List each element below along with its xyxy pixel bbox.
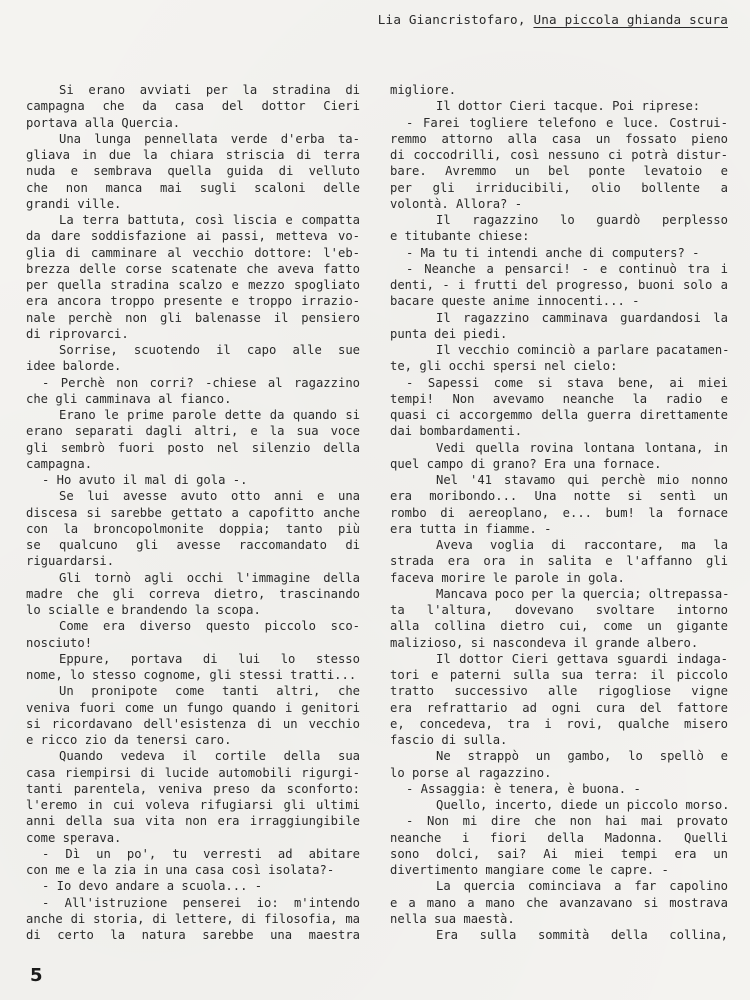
- text-line: l'eremo in cui voleva rifugiarsi gli ult…: [26, 797, 360, 813]
- text-line: strada era ora in salita e l'affanno gli: [390, 553, 728, 569]
- text-line: se qualcuno gli avesse raccomandato di: [26, 537, 360, 553]
- text-line: Il ragazzino lo guardò perplesso: [390, 212, 728, 228]
- text-line: idee balorde.: [26, 358, 360, 374]
- text-line: - Io devo andare a scuola... -: [26, 878, 360, 894]
- text-line: - Sapessi come si stava bene, ai miei: [390, 375, 728, 391]
- text-line: lo scialle e brandendo la scopa.: [26, 602, 360, 618]
- text-line: rombo di aereoplano, e... bum! la fornac…: [390, 505, 728, 521]
- text-line: Quando vedeva il cortile della sua: [26, 748, 360, 764]
- text-line: portava alla Quercia.: [26, 115, 360, 131]
- text-line: quasi ci accorgemmo della guerra diretta…: [390, 407, 728, 423]
- text-line: veniva fuori come un fungo quando i geni…: [26, 700, 360, 716]
- text-line: Il vecchio cominciò a parlare pacatamen-: [390, 342, 728, 358]
- text-line: Sorrise, scuotendo il capo alle sue: [26, 342, 360, 358]
- text-line: Erano le prime parole dette da quando si: [26, 407, 360, 423]
- text-line: La quercia cominciava a far capolino: [390, 878, 728, 894]
- text-line: era refrattario ad ogni cura del fattore: [390, 700, 728, 716]
- text-line: per quella stradina scalzo e mezzo spogl…: [26, 277, 360, 293]
- text-line: discesa si sarebbe gettato a capofitto a…: [26, 505, 360, 521]
- text-line: - Farei togliere telefono e luce. Costru…: [390, 115, 728, 131]
- page-number: 5: [30, 965, 43, 986]
- text-line: Quello, incerto, diede un piccolo morso.: [390, 797, 728, 813]
- text-line: anni della sua vita non era irraggiungib…: [26, 813, 360, 829]
- text-line: Un pronipote come tanti altri, che: [26, 683, 360, 699]
- author-name: Lia Giancristofaro,: [378, 12, 526, 27]
- text-line: e, concedeva, tra i rovi, qualche misero: [390, 716, 728, 732]
- text-line: e ricco zio da tenersi caro.: [26, 732, 360, 748]
- text-line: da dare soddisfazione ai passi, metteva …: [26, 228, 360, 244]
- text-line: Se lui avesse avuto otto anni e una: [26, 488, 360, 504]
- text-line: Il dottor Cieri gettava sguardi indaga-: [390, 651, 728, 667]
- text-line: lo porse al ragazzino.: [390, 765, 728, 781]
- text-line: era moribondo... Una notte si sentì un: [390, 488, 728, 504]
- running-header: Lia Giancristofaro, Una piccola ghianda …: [378, 12, 728, 27]
- text-line: grandi ville.: [26, 196, 360, 212]
- text-line: Come era diverso questo piccolo sco-: [26, 618, 360, 634]
- text-line: Gli tornò agli occhi l'immagine della: [26, 570, 360, 586]
- text-line: con la broncopolmonite doppia; tanto più: [26, 521, 360, 537]
- text-line: e a mano a mano che avanzavano si mostra…: [390, 895, 728, 911]
- text-line: era tutta in fiamme. -: [390, 521, 728, 537]
- text-line: volontà. Allora? -: [390, 196, 728, 212]
- text-line: La terra battuta, così liscia e compatta: [26, 212, 360, 228]
- text-line: - Neanche a pensarci! - e continuò tra i: [390, 261, 728, 277]
- text-line: remmo attorno alla casa un fossato pieno: [390, 131, 728, 147]
- text-line: - Non mi dire che non hai mai provato: [390, 813, 728, 829]
- text-line: dai bombardamenti.: [390, 423, 728, 439]
- text-line: di certo la natura sarebbe una maestra: [26, 927, 360, 943]
- document-page: Lia Giancristofaro, Una piccola ghianda …: [0, 0, 750, 1000]
- text-line: casa riempirsi di lucide automobili rigu…: [26, 765, 360, 781]
- text-line: alla collina dietro cui, come un gigante: [390, 618, 728, 634]
- text-line: Ne strappò un gambo, lo spellò e: [390, 748, 728, 764]
- text-line: nosciuto!: [26, 635, 360, 651]
- text-line: e titubante chiese:: [390, 228, 728, 244]
- text-line: tratto successivo alle rigogliose vigne: [390, 683, 728, 699]
- text-line: denti, - i frutti del progresso, buoni s…: [390, 277, 728, 293]
- text-line: nale perchè non gli balenasse il pensier…: [26, 310, 360, 326]
- text-line: per gli irriducibili, olio bollente a: [390, 180, 728, 196]
- text-line: bare. Avremmo un bel ponte levatoio e: [390, 163, 728, 179]
- text-line: punta dei piedi.: [390, 326, 728, 342]
- text-line: gliava in due la chiara striscia di terr…: [26, 147, 360, 163]
- text-line: come sperava.: [26, 830, 360, 846]
- text-line: campagna.: [26, 456, 360, 472]
- text-line: te, gli occhi spersi nel cielo:: [390, 358, 728, 374]
- story-title: Una piccola ghianda scura: [533, 12, 728, 27]
- text-line: - Dì un po', tu verresti ad abitare: [26, 846, 360, 862]
- text-line: era ancora troppo presente e troppo irra…: [26, 293, 360, 309]
- text-line: tempi! Non avevamo neanche la radio e: [390, 391, 728, 407]
- text-line: - Ma tu ti intendi anche di computers? -: [390, 245, 728, 261]
- text-line: faceva morire le parole in gola.: [390, 570, 728, 586]
- text-line: migliore.: [390, 82, 728, 98]
- text-line: tanti parentela, veniva preso da sconfor…: [26, 781, 360, 797]
- text-line: glia di camminare al vecchio dottore: l'…: [26, 245, 360, 261]
- text-line: Una lunga pennellata verde d'erba ta-: [26, 131, 360, 147]
- text-line: Vedi quella rovina lontana lontana, in: [390, 440, 728, 456]
- text-line: - Assaggia: è tenera, è buona. -: [390, 781, 728, 797]
- text-line: Era sulla sommità della collina,: [390, 927, 728, 943]
- right-text-column: migliore.Il dottor Cieri tacque. Poi rip…: [390, 82, 728, 943]
- text-line: madre che gli correva dietro, trascinand…: [26, 586, 360, 602]
- text-line: - Perchè non corri? -chiese al ragazzino: [26, 375, 360, 391]
- text-line: erano separati dagli altri, e la sua voc…: [26, 423, 360, 439]
- text-line: gli sembrò fuori posto nel silenzio dell…: [26, 440, 360, 456]
- text-line: ta l'altura, dovevano svoltare intorno: [390, 602, 728, 618]
- text-line: di coccodrilli, così nessuno ci potrà di…: [390, 147, 728, 163]
- text-line: quel campo di grano? Era una fornace.: [390, 456, 728, 472]
- text-line: nuda e sembrava quella guida di velluto: [26, 163, 360, 179]
- text-line: Il ragazzino camminava guardandosi la: [390, 310, 728, 326]
- text-line: tori e paterni sulla sua terra: il picco…: [390, 667, 728, 683]
- text-line: Il dottor Cieri tacque. Poi riprese:: [390, 98, 728, 114]
- text-line: neanche i fiori della Madonna. Quelli: [390, 830, 728, 846]
- text-line: di riprovarci.: [26, 326, 360, 342]
- text-line: Mancava poco per la quercia; oltrepassa-: [390, 586, 728, 602]
- text-line: sono dolci, sai? Ai miei tempi era un: [390, 846, 728, 862]
- text-line: fascio di sulla.: [390, 732, 728, 748]
- text-line: riguardarsi.: [26, 553, 360, 569]
- text-line: nome, lo stesso cognome, gli stessi trat…: [26, 667, 360, 683]
- text-line: Aveva voglia di raccontare, ma la: [390, 537, 728, 553]
- text-line: si ricordavano dell'esistenza di un vecc…: [26, 716, 360, 732]
- text-line: Si erano avviati per la stradina di: [26, 82, 360, 98]
- text-line: divertimento mangiare come le capre. -: [390, 862, 728, 878]
- text-line: anche di storia, di lettere, di filosofi…: [26, 911, 360, 927]
- text-line: Eppure, portava di lui lo stesso: [26, 651, 360, 667]
- text-line: che gli camminava al fianco.: [26, 391, 360, 407]
- text-line: nella sua maestà.: [390, 911, 728, 927]
- text-line: bacare queste anime innocenti... -: [390, 293, 728, 309]
- text-line: brezza delle corse scatenate che aveva f…: [26, 261, 360, 277]
- left-text-column: Si erano avviati per la stradina dicampa…: [26, 82, 360, 943]
- text-line: - Ho avuto il mal di gola -.: [26, 472, 360, 488]
- text-line: che non manca mai sugli scaloni delle: [26, 180, 360, 196]
- text-line: Nel '41 stavamo qui perchè mio nonno: [390, 472, 728, 488]
- text-line: campagna che da casa del dottor Cieri: [26, 98, 360, 114]
- text-line: malizioso, si nascondeva il grande alber…: [390, 635, 728, 651]
- text-line: - All'istruzione penserei io: m'intendo: [26, 895, 360, 911]
- text-line: con me e la zia in una casa così isolata…: [26, 862, 360, 878]
